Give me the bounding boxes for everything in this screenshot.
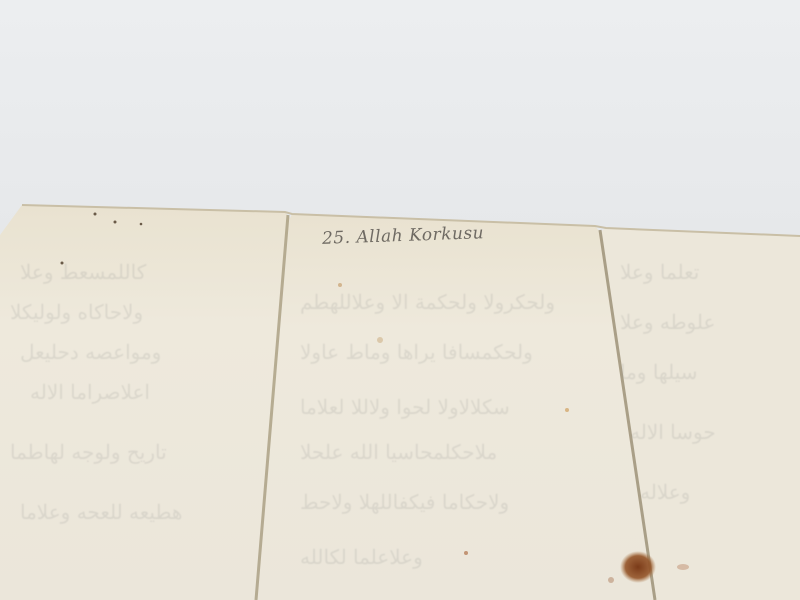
rust-stain xyxy=(620,551,656,583)
photo-scene: كاللمسعط وعلا ولاحاكاه ولوليكلا ومواعصه … xyxy=(0,0,800,600)
